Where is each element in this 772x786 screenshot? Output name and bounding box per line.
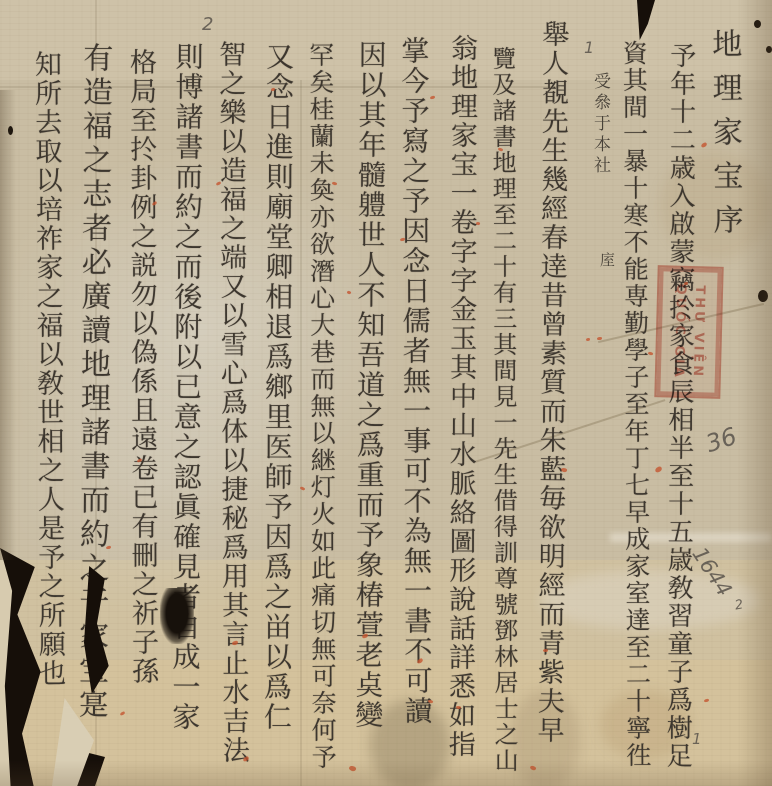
text-column-13: 格局至扵卦例之説勿以偽係且遠卷已有刪之祈子孫	[121, 48, 162, 686]
library-stamp: THƯ VIỆN QUỐC GIA	[654, 265, 723, 399]
pencil-numeral-1: 1	[584, 38, 594, 57]
text-column-7: 掌今予寫之予因念日儒者無一事可不為無一書不可讀	[393, 36, 437, 726]
text-column-6: 翁地理家宝一卷字字金玉其中山水脈絡圖形說話詳悉如指	[440, 34, 482, 759]
pencil-numeral-3: 1	[692, 730, 702, 748]
vermillion-fleck	[586, 338, 590, 341]
left-edge-shading	[0, 90, 16, 560]
stamp-line-2: QUỐC GIA	[671, 283, 689, 380]
text-column-2: 予年十二歳入啟蒙竊扵家食辰相半至十五𡻕敎習童子爲樹足	[659, 42, 700, 770]
vermillion-fleck	[543, 649, 548, 652]
pencil-numeral-4: 36	[702, 422, 740, 458]
edge-mark-top	[637, 0, 655, 40]
manuscript-page: 地理家宝序予年十二歳入啟蒙竊扵家食辰相半至十五𡻕敎習童子爲樹足資其間一暴十寒不能…	[0, 0, 772, 786]
vermillion-fleck	[704, 699, 709, 703]
text-column-10: 又念日進則廟堂卿相退爲鄉里医師予因爲之畄以爲仁	[256, 42, 298, 732]
text-column-5: 覽及諸書地理至二十有三其間見一先生借得訓尊號鄧林居士之山	[485, 46, 523, 774]
text-column-15: 知所去取以培祚家之福以敎世相之人是予之所願也	[26, 50, 69, 688]
interlinear-note-2: 庢	[597, 252, 618, 267]
pencil-numeral-2: 2	[202, 14, 213, 35]
library-stamp-text: THƯ VIỆN QUỐC GIA	[661, 272, 716, 391]
text-column-9: 罕矣桂蘭未奐亦欲潛心大巷而無以継灯火如此痛切無可奈何予	[302, 42, 341, 771]
stamp-line-1: THƯ VIỆN	[690, 285, 707, 379]
text-column-3: 資其間一暴十寒不能専勤學子至年丁七早成家室達至二十寧徃	[615, 40, 655, 769]
vermillion-fleck	[120, 711, 126, 716]
text-column-11: 智之樂以造福之端又以雪心爲体以捷秘爲用其言止水吉法	[210, 40, 253, 765]
interlinear-note-1: 受叅于本社	[588, 72, 613, 177]
right-edge-shading	[738, 0, 772, 786]
vermillion-fleck	[597, 337, 602, 340]
vermillion-fleck	[430, 96, 435, 100]
text-column-4: 舉人覩先生幾經春逹昔曾素質而朱藍毎欲明經而青紫夫早	[528, 20, 572, 745]
text-column-8: 因以其年髓軆世人不知吾道之爲重而予象椿萱老奌變	[347, 40, 391, 730]
ink-smudge	[160, 588, 194, 644]
bottom-edge-shading	[0, 760, 772, 786]
